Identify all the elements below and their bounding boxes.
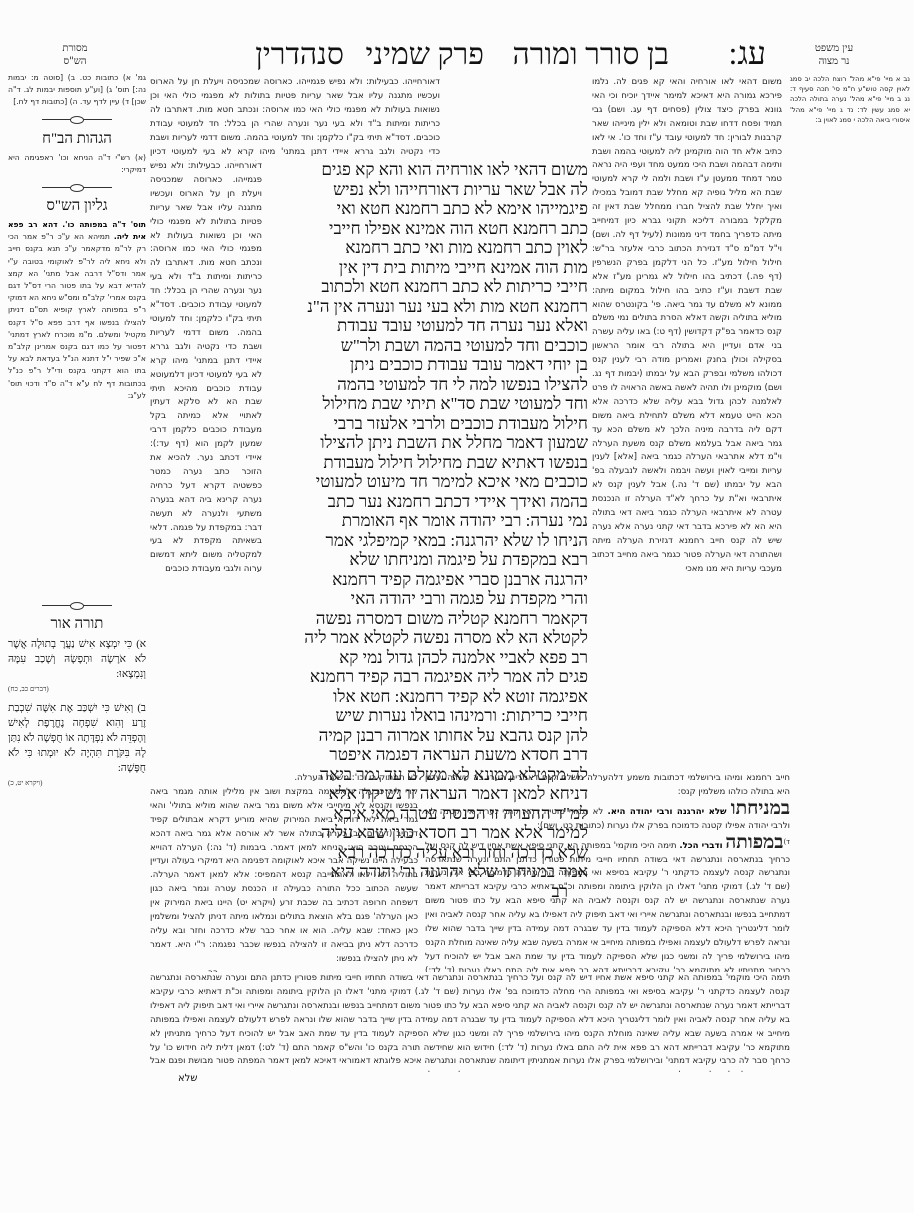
gemara-line: דקאמר רחמנא קטליה משום דמסרה נפשה: [266, 609, 588, 629]
gemara-line: בן יוחי דאמר עובד עבודת כוכבים ניתן: [266, 355, 588, 375]
torah-or-ref-1: (דברים כב, כח): [8, 682, 146, 697]
left-header-label: מסורת הש"ס: [40, 42, 110, 68]
gemara-line: רב פפא לאביי אלמנה לכהן גדול נמי קא: [266, 648, 588, 668]
hagahot-habach: (א) רש"י ד"ה הניחא וכו' ראפגימה היא דמיק…: [8, 152, 146, 176]
gemara-line: יהרגנה ארבנן סברי אפיגמה קפיד רחמנא: [266, 570, 588, 590]
gilyon-heading: תוס' ד"ה במפותה כו'.: [62, 220, 146, 229]
tosafot-text-2-start: תימה היכי מוקמי' במפותה הא קתני סיפא אשת…: [425, 841, 790, 972]
gemara-line: חילול מעבודת כוכבים ולרבי אלעזר ברבי: [266, 414, 588, 434]
gemara-line: משום דהאי לאו אורחיה הוא והא קא פגים: [266, 160, 588, 180]
rashi-left-column: דאורחייהו. כבעילות: ולא נפיש פגמייהו. כא…: [150, 76, 440, 161]
tosafot-heading-2: במפותה: [725, 832, 783, 853]
rashi-bottom-left-text: קרי ליה נבעלה ולאפגימה במקצת ושוב אין מל…: [150, 786, 418, 967]
tosafot-bottom-right: חייב רחמנא ומיהו בירושלמי דכתובות משמע ד…: [425, 772, 790, 972]
gilyon-hashas-title: גליון הש"ס: [8, 198, 146, 215]
gemara-line: רחמנא חטא מות ולא בעי נער ונערה אין ה"נ: [266, 297, 588, 317]
hagahot-habach-text: (א) רש"י ד"ה הניחא וכו' ראפגימה היא דמיק…: [8, 152, 146, 176]
gemara-line: פגים לה אמר ליה אפיגמה רבה קפיד רחמנא: [266, 667, 588, 687]
rashi-top-text: דאורחייהו. כבעילות: ולא נפיש פגמייהו. כא…: [150, 76, 440, 161]
tosafot-bold-2: ודברי הכל.: [679, 841, 722, 851]
gemara-line: פיגמייהו אימא לא כתב רחמנא חטא ואי: [266, 199, 588, 219]
torah-or-title: תורה אור: [8, 616, 146, 633]
gemara-line: בהמה ואידך איידי דכתב רחמנא נער כתב: [266, 492, 588, 512]
gemara-line: הניחו לו שלא יהרגנה: במאי קמיפלגי אמר: [266, 531, 588, 551]
gemara-line: לאוין כתב רחמנא מות ואי כתב רחמנא: [266, 238, 588, 258]
gilyon-hashas: תוס' ד"ה במפותה כו'. דהא רב פפא אית ליה.…: [8, 219, 146, 594]
ner-mitzvah-label: נר מצוה: [794, 55, 874, 68]
hashas-label: הש"ס: [40, 55, 110, 68]
gilyon-text: תמיהא הא ע"כ ר"פ אמר הכי רק לר"מ מדקאמר …: [8, 232, 146, 400]
rashi-left-narrow-column: דאורחייהו. כבעילות: ולא נפיש פגמייהו. כא…: [150, 160, 262, 772]
tosafot-right-column: משום דהאי לאו אורחיה והאי קא פגים לה. נל…: [592, 76, 782, 771]
torah-or: א) כִּי יִמְצָא אִישׁ נַעֲרָ בְתוּלָה אֲ…: [8, 637, 146, 791]
gemara-line: להצילו בנפשו למה לי חד למעוטי בהמה: [266, 375, 588, 395]
gemara-line: כוכבים וחד למעוטי בהמה ושבת ולר"ש: [266, 336, 588, 356]
ein-mishpat-label: עין משפט: [794, 42, 874, 55]
torah-or-verse-1: א) כִּי יִמְצָא אִישׁ נַעֲרָ בְתוּלָה אֲ…: [8, 637, 146, 682]
gemara-line: לקטלא הא לא מסרה נפשה לקטלא אמר ליה: [266, 628, 588, 648]
tosafot-bottom-full: תימה היכי מוקמי' במפותה הא קתני סיפא אשת…: [150, 972, 790, 1072]
gemara-line: דרב חסדא משעת העראה דפגמה איפטר: [266, 745, 588, 765]
right-header-label: עין משפט נר מצוה: [794, 42, 874, 68]
tosafot-right-text: משום דהאי לאו אורחיה והאי קא פגים לה. נל…: [592, 76, 782, 577]
chapter-number: פרק שמיני: [365, 40, 484, 70]
tosafot-bottom-full-text: תימה היכי מוקמי' במפותה הא קתני סיפא אשת…: [150, 972, 790, 1072]
gemara-line: והרי מקפדת על פגמה ורבי יהודה האי: [266, 589, 588, 609]
gemara-line: שמעון דאמר מחלל את השבת ניתן להצילו: [266, 433, 588, 453]
tractate-name: סנהדרין: [255, 40, 344, 70]
gemara-line: ואלא נער נערה חד למעוטי עובד עבודת: [266, 316, 588, 336]
ornament-divider: [8, 115, 146, 125]
tosafot-bottom-right-text: חייב רחמנא ומיהו בירושלמי דכתובות משמע ד…: [425, 772, 790, 800]
gemara-line: להן קנס גהבא על אחותו אמרוה רבנן קמיה: [266, 726, 588, 746]
rashi-left-narrow-text: דאורחייהו. כבעילות: ולא נפיש פגמייהו. כא…: [150, 160, 262, 577]
gemara-line: כתב רחמנא חטא הוה אמינא אפילו חייבי: [266, 219, 588, 239]
hagahot-habach-title: הגהות הב"ח: [8, 131, 146, 148]
gemara-line: רבא במקפדת על פיגמה ומניחתו שלא: [266, 550, 588, 570]
folio-number: עג:: [728, 38, 766, 68]
ein-mishpat-column: נב א מיי' פי"א מהל' רוצח הלכה יב סמג לאו…: [790, 74, 910, 125]
chapter-name: בן סורר ומורה: [513, 40, 669, 70]
gemara-line: חייבי כריתות לא כתב רחמנא חטא ולכתוב: [266, 277, 588, 297]
page-catchword: שלא: [178, 1073, 197, 1084]
gemara-line: נמי נערה: רבי יהודה אומר אף האומרת: [266, 511, 588, 531]
gemara-line: חייבי כריתות: ורמינהו בואלו נערות שיש: [266, 706, 588, 726]
torah-or-verse-2: ב) וְאִישׁ כִּי יִשְׁכַּב אֶת אִשָּׁה שִ…: [8, 701, 146, 776]
gemara-line: מות הוה אמינא חייבי מיתות בית דין אין: [266, 258, 588, 278]
torah-or-ref-2: (ויקרא יט, כ): [8, 776, 146, 791]
ein-mishpat-text: נב א מיי' פי"א מהל' רוצח הלכה יב סמג לאו…: [790, 74, 910, 125]
tosafot-bold-1: שלא יהרגנה ורבי יהודה היא.: [607, 807, 726, 817]
tosafot-marker-2: ד): [783, 838, 790, 846]
ornament-divider: [8, 600, 146, 610]
mesoret-hashas-text: גמ' א) כתובות כט. ב) [סוטה מ: יבמות נה:]…: [8, 72, 146, 109]
ornament-divider: [8, 182, 146, 192]
rashi-bottom-left: לא תמתוק בו וכו': משעת הערלה. קרי ליה נב…: [150, 772, 418, 972]
left-margin-column: גמ' א) כתובות כט. ב) [סוטה מ: יבמות נה:]…: [8, 72, 146, 791]
gemara-line: אפיגמה זוטא לא קפיד רחמנא: חטא אלו: [266, 687, 588, 707]
gemara-line: כוכבים מאי איכא למימר חד מיעוט למעוטי: [266, 472, 588, 492]
gemara-line: וחד למעוטי שבת סד"א תיתי שבת מחילול: [266, 394, 588, 414]
tosafot-heading-1: במניחתו: [731, 798, 790, 819]
rashi-bottom-intro: לא תמתוק בו וכו': משעת הערלה.: [294, 773, 418, 783]
gemara-line: לה אבל שאר עריות דאורחייהו ולא נפיש: [266, 180, 588, 200]
gemara-line: בנפשו דאתיא שבת מחילול חילול מעבודת: [266, 453, 588, 473]
mesoret-hashas: גמ' א) כתובות כט. ב) [סוטה מ: יבמות נה:]…: [8, 72, 146, 109]
mesoret-label: מסורת: [40, 42, 110, 55]
